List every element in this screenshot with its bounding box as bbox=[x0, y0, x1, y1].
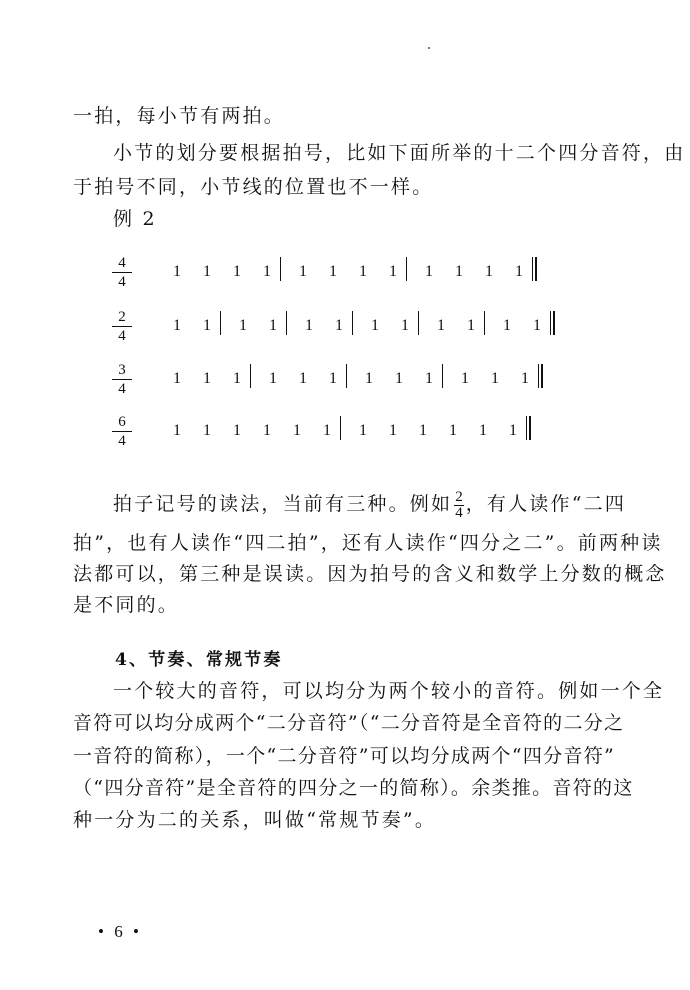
note: 1 bbox=[388, 263, 398, 281]
note: 1 bbox=[478, 422, 488, 440]
note: 1 bbox=[400, 317, 410, 335]
barline bbox=[340, 416, 341, 440]
note: 1 bbox=[328, 263, 338, 281]
note: 1 bbox=[448, 422, 458, 440]
barline bbox=[418, 311, 419, 335]
note: 1 bbox=[268, 370, 278, 388]
note: 1 bbox=[334, 317, 344, 335]
note: 1 bbox=[328, 370, 338, 388]
note: 1 bbox=[460, 370, 470, 388]
section-heading: 4、节奏、常规节奏 bbox=[115, 645, 283, 670]
note: 1 bbox=[466, 317, 476, 335]
final-barline bbox=[538, 364, 543, 388]
scan-speck bbox=[428, 47, 430, 49]
text-line: 于拍号不同，小节线的位置也不一样。 bbox=[73, 172, 433, 199]
note: 1 bbox=[490, 370, 500, 388]
barline bbox=[286, 311, 287, 335]
text-line: （“四分音符”是全音符的四分之一的简称）。余类推。音符的这 bbox=[73, 773, 634, 800]
rhythm-row: 34111111111111 bbox=[112, 362, 592, 402]
note: 1 bbox=[238, 317, 248, 335]
note: 1 bbox=[298, 370, 308, 388]
note: 1 bbox=[172, 370, 182, 388]
time-signature: 64 bbox=[112, 414, 132, 449]
barline bbox=[484, 311, 485, 335]
note: 1 bbox=[394, 370, 404, 388]
note: 1 bbox=[232, 263, 242, 281]
time-signature-numerator: 2 bbox=[112, 309, 132, 327]
note: 1 bbox=[202, 263, 212, 281]
barline bbox=[442, 364, 443, 388]
final-barline bbox=[526, 416, 531, 440]
barline bbox=[352, 311, 353, 335]
note: 1 bbox=[358, 263, 368, 281]
final-barline bbox=[532, 257, 537, 281]
note: 1 bbox=[520, 370, 530, 388]
note: 1 bbox=[202, 422, 212, 440]
time-signature-denominator: 4 bbox=[112, 432, 132, 449]
time-signature-denominator: 4 bbox=[112, 327, 132, 344]
note: 1 bbox=[370, 317, 380, 335]
text-line: 音符可以均分成两个“二分音符”（“二分音符是全音符的二分之 bbox=[73, 708, 624, 735]
rhythm-row: 24111111111111 bbox=[112, 309, 592, 349]
text-span: 拍子记号的读法，当前有三种。例如 bbox=[113, 493, 452, 515]
note: 1 bbox=[268, 317, 278, 335]
note: 1 bbox=[388, 422, 398, 440]
barline bbox=[250, 364, 251, 388]
time-signature-numerator: 6 bbox=[112, 414, 132, 432]
note: 1 bbox=[532, 317, 542, 335]
notes: 111111111111 bbox=[172, 317, 652, 339]
notes: 111111111111 bbox=[172, 263, 652, 285]
note: 1 bbox=[298, 263, 308, 281]
barline bbox=[406, 257, 407, 281]
note: 1 bbox=[232, 422, 242, 440]
example-label: 例 2 bbox=[113, 204, 157, 231]
notes: 111111111111 bbox=[172, 370, 652, 392]
note: 1 bbox=[358, 422, 368, 440]
text-line: 小节的划分要根据拍号，比如下面所举的十二个四分音符，由 bbox=[113, 138, 685, 165]
time-signature-numerator: 3 bbox=[112, 362, 132, 380]
note: 1 bbox=[484, 263, 494, 281]
text-line: 一音符的简称），一个“二分音符”可以均分成两个“四分音符” bbox=[73, 741, 615, 768]
rhythm-row: 44111111111111 bbox=[112, 255, 592, 295]
note: 1 bbox=[202, 317, 212, 335]
barline bbox=[280, 257, 281, 281]
note: 1 bbox=[172, 263, 182, 281]
time-signature-inline: 24 bbox=[454, 490, 464, 521]
note: 1 bbox=[436, 317, 446, 335]
note: 1 bbox=[364, 370, 374, 388]
notes: 111111111111 bbox=[172, 422, 652, 444]
note: 1 bbox=[424, 263, 434, 281]
time-signature: 24 bbox=[112, 309, 132, 344]
rhythm-row: 64111111111111 bbox=[112, 414, 592, 454]
note: 1 bbox=[454, 263, 464, 281]
time-signature: 34 bbox=[112, 362, 132, 397]
time-signature-denominator: 4 bbox=[112, 380, 132, 397]
barline bbox=[220, 311, 221, 335]
note: 1 bbox=[172, 422, 182, 440]
note: 1 bbox=[502, 317, 512, 335]
note: 1 bbox=[508, 422, 518, 440]
note: 1 bbox=[262, 263, 272, 281]
text-line: 法都可以，第三种是误读。因为拍号的含义和数学上分数的概念 bbox=[73, 559, 667, 586]
page-number: • 6 • bbox=[98, 922, 142, 942]
note: 1 bbox=[292, 422, 302, 440]
note: 1 bbox=[514, 263, 524, 281]
text-line: 是不同的。 bbox=[73, 590, 179, 617]
fraction-denominator: 4 bbox=[454, 506, 464, 521]
note: 1 bbox=[202, 370, 212, 388]
text-line: 一个较大的音符，可以均分为两个较小的音符。例如一个全 bbox=[113, 676, 664, 703]
text-line: 拍”，也有人读作“四二拍”，还有人读作“四分之二”。前两种读 bbox=[73, 528, 663, 555]
note: 1 bbox=[304, 317, 314, 335]
text-span: ，有人读作“二四 bbox=[466, 493, 626, 515]
fraction-numerator: 2 bbox=[454, 490, 464, 506]
note: 1 bbox=[172, 317, 182, 335]
barline bbox=[346, 364, 347, 388]
note: 1 bbox=[418, 422, 428, 440]
time-signature: 44 bbox=[112, 255, 132, 290]
time-signature-numerator: 4 bbox=[112, 255, 132, 273]
note: 1 bbox=[322, 422, 332, 440]
note: 1 bbox=[424, 370, 434, 388]
text-line: 拍子记号的读法，当前有三种。例如24，有人读作“二四 bbox=[113, 489, 626, 521]
note: 1 bbox=[262, 422, 272, 440]
final-barline bbox=[550, 311, 555, 335]
note: 1 bbox=[232, 370, 242, 388]
time-signature-denominator: 4 bbox=[112, 273, 132, 290]
text-line: 一拍，每小节有两拍。 bbox=[73, 101, 285, 128]
text-line: 种一分为二的关系，叫做“常规节奏”。 bbox=[73, 805, 436, 832]
